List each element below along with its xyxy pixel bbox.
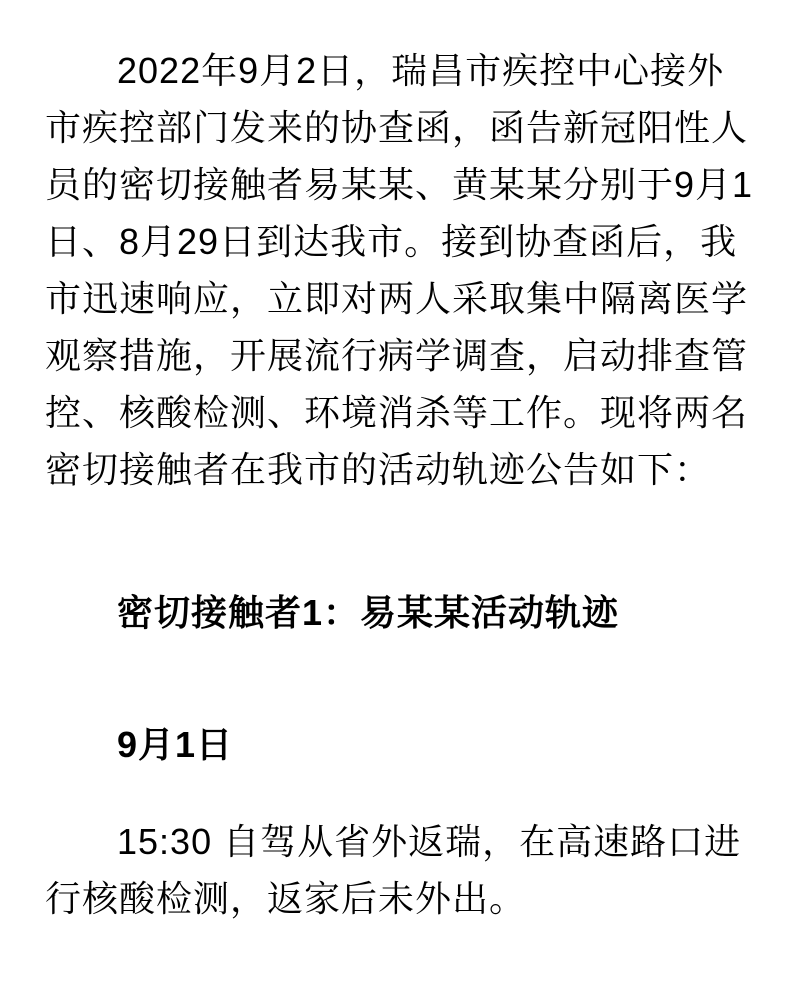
date-heading: 9月1日 xyxy=(45,716,760,773)
page: { "page": { "background_color": "#ffffff… xyxy=(0,0,800,1008)
activity-entry: 15:30 自驾从省外返瑞，在高速路口进 行核酸检测，返家后未外出。 xyxy=(45,813,760,927)
contact1-heading: 密切接触者1：易某某活动轨迹 xyxy=(45,584,760,641)
intro-paragraph: 2022年9月2日，瑞昌市疾控中心接外 市疾控部门发来的协查函，函告新冠阳性人 … xyxy=(45,42,760,498)
announcement-article: 2022年9月2日，瑞昌市疾控中心接外 市疾控部门发来的协查函，函告新冠阳性人 … xyxy=(0,0,800,927)
